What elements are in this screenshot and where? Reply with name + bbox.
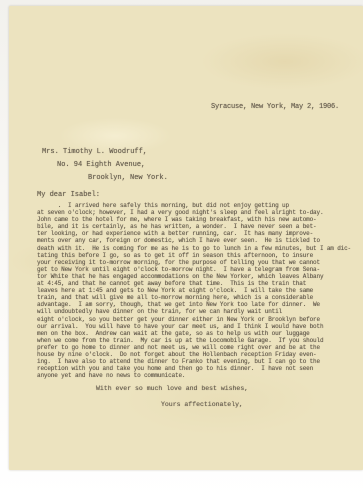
letter-body-line: . I arrived here safely this morning, bu… xyxy=(37,202,355,209)
letter-body-line: tor White that he has engaged accommodat… xyxy=(37,273,355,280)
letter-body-line: bile, and it is certainly, as he has wri… xyxy=(37,223,355,230)
letter-body-line: will undoubtedly have dinner on the trai… xyxy=(37,308,355,315)
recipient-address-block: Mrs. Timothy L. Woodruff, No. 94 Eighth … xyxy=(42,146,168,185)
letter-body-line: ments over any car, foreign or domestic,… xyxy=(37,237,355,244)
letter-body-line: eight o'clock, so you better get your di… xyxy=(37,316,355,323)
letter-body-line: when we come from the train. My car is u… xyxy=(37,337,355,344)
recipient-name: Mrs. Timothy L. Woodruff, xyxy=(42,146,168,159)
letter-body-line: our arrival. You will have to have your … xyxy=(37,323,355,330)
recipient-city: Brooklyn, New York. xyxy=(88,172,168,185)
letter-salutation: My dear Isabel: xyxy=(37,191,100,199)
letter-body-line: death with it. He is coming for me as he… xyxy=(37,245,355,252)
letter-dateline: Syracuse, New York, May 2, 1906. xyxy=(211,103,339,111)
letter-body-line: ter looking, or had experience with a be… xyxy=(37,230,355,237)
letter-body-line: get to New York until eight o'clock to-m… xyxy=(37,266,355,273)
letter-signoff: Yours affectionately, xyxy=(161,401,243,408)
letter-body-line: men on the box. Andrew can wait at the g… xyxy=(37,330,355,337)
letter-body-line: tating this before I go, so as to get it… xyxy=(37,252,355,259)
letter-body: . I arrived here safely this morning, bu… xyxy=(37,202,355,379)
letter-body-line: prefer to go home to dinner and not meet… xyxy=(37,344,355,351)
letter-body-line: house by nine o'clock. Do not forget abo… xyxy=(37,351,355,358)
letter-body-line: leaves here at 1:45 and gets to New York… xyxy=(37,287,355,294)
letter-body-line: reception with you and take you home and… xyxy=(37,365,355,372)
letter-closing: With ever so much love and best wishes, xyxy=(96,385,248,392)
letter-paper: Syracuse, New York, May 2, 1906. Mrs. Ti… xyxy=(9,6,363,470)
letter-body-line: train, and that will give me all to-morr… xyxy=(37,294,355,301)
recipient-street: No. 94 Eighth Avenue, xyxy=(57,159,168,172)
letter-body-line: advantage. I am sorry, though, that we g… xyxy=(37,301,355,308)
letter-body-line: at seven o'clock; however, I had a very … xyxy=(37,209,355,216)
letter-body-line: at 4:45, and that he cannot get away bef… xyxy=(37,280,355,287)
scan-background: Syracuse, New York, May 2, 1906. Mrs. Ti… xyxy=(0,0,363,500)
letter-body-line: anyone yet and have no news to communica… xyxy=(37,372,355,379)
letter-body-line: John came to the hotel for me, where I w… xyxy=(37,216,355,223)
letter-body-line: your receiving it to-morrow morning, for… xyxy=(37,259,355,266)
letter-body-line: ing. I have also to attend the dinner to… xyxy=(37,358,355,365)
